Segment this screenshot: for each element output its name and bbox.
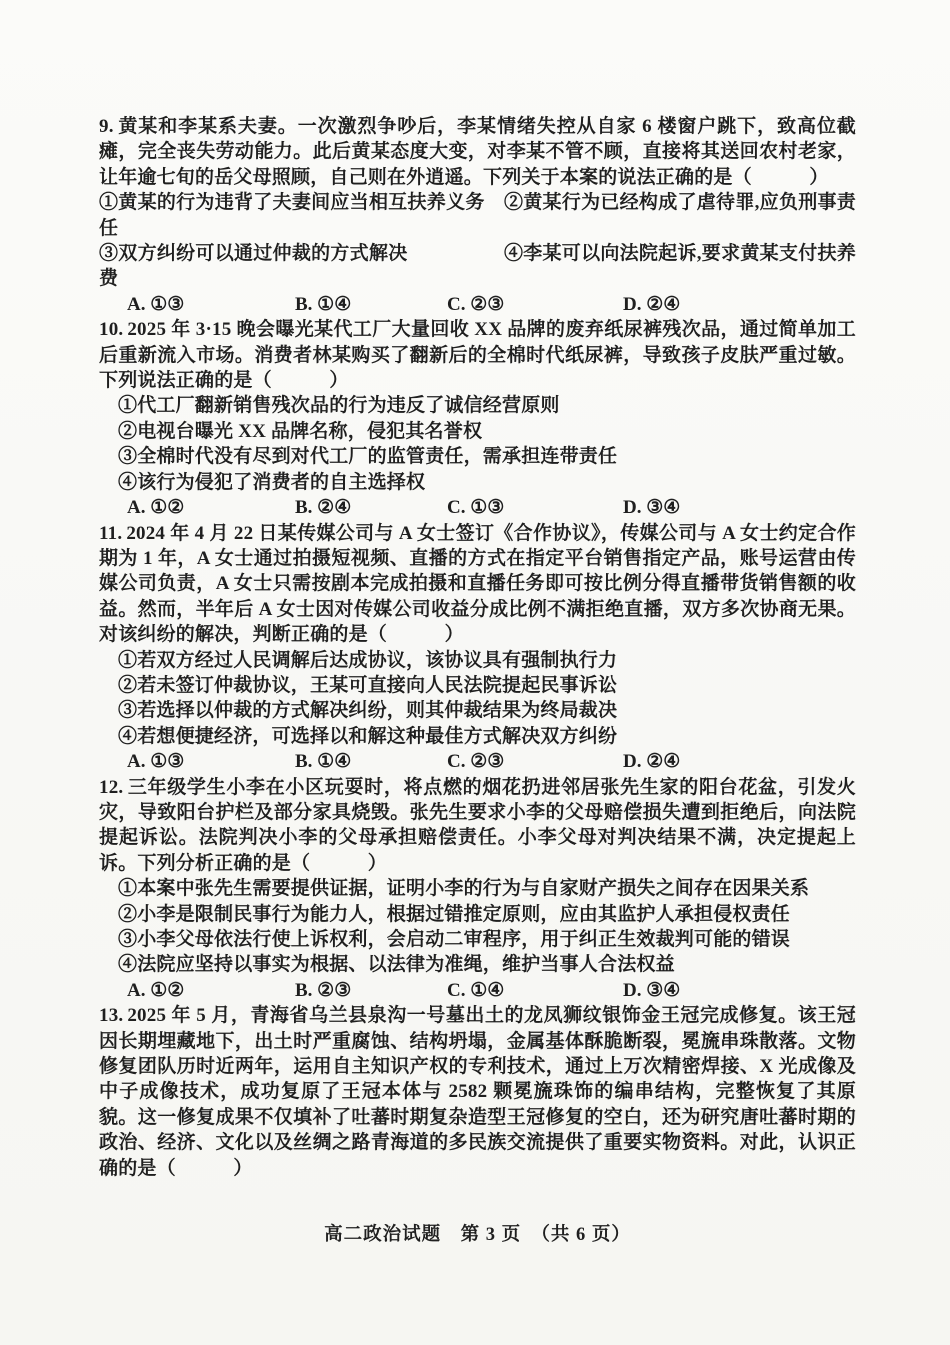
question-9-text: 黄某和李某系夫妻。一次激烈争吵后，李某情绪失控从自家 6 楼窗户跳下，致高位截瘫… bbox=[99, 116, 856, 188]
question-9-choices-row: A. ①③ B. ①④ C. ②③ D. ②④ bbox=[99, 292, 856, 317]
question-13-stem: 13.2025 年 5 月，青海省乌兰县泉沟一号墓出土的龙凤狮纹银饰金王冠完成修… bbox=[99, 1003, 856, 1181]
question-12-choice-a: A. ①② bbox=[127, 978, 295, 1003]
question-13: 13.2025 年 5 月，青海省乌兰县泉沟一号墓出土的龙凤狮纹银饰金王冠完成修… bbox=[99, 1003, 856, 1181]
question-12-number: 12. bbox=[99, 777, 123, 798]
question-9-choice-a: A. ①③ bbox=[127, 292, 295, 317]
page-footer: 高二政治试题 第 3 页 （共 6 页） bbox=[99, 1220, 856, 1246]
question-9-stem: 9.黄某和李某系夫妻。一次激烈争吵后，李某情绪失控从自家 6 楼窗户跳下，致高位… bbox=[99, 114, 856, 190]
question-10-choice-d: D. ③④ bbox=[623, 495, 856, 520]
question-11-number: 11. bbox=[99, 523, 122, 544]
question-11-option-line-2: ②若未签订仲裁协议，王某可直接向人民法院提起民事诉讼 bbox=[99, 673, 856, 698]
question-10-number: 10. bbox=[99, 319, 123, 340]
question-13-number: 13. bbox=[99, 1005, 123, 1026]
question-12-option-line-1: ①本案中张先生需要提供证据，证明小李的行为与自家财产损失之间存在因果关系 bbox=[99, 876, 856, 901]
question-11-option-line-4: ④若想便捷经济，可选择以和解这种最佳方式解决双方纠纷 bbox=[99, 724, 856, 749]
question-11-choice-b: B. ①④ bbox=[295, 749, 447, 774]
question-10-option-line-4: ④该行为侵犯了消费者的自主选择权 bbox=[99, 470, 856, 495]
question-12-option-line-4: ④法院应坚持以事实为根据、以法律为准绳，维护当事人合法权益 bbox=[99, 952, 856, 977]
question-10-option-line-3: ③全棉时代没有尽到对代工厂的监管责任，需承担连带责任 bbox=[99, 444, 856, 469]
question-10: 10.2025 年 3·15 晚会曝光某代工厂大量回收 XX 品牌的废弃纸尿裤残… bbox=[99, 317, 856, 520]
question-11-choice-d: D. ②④ bbox=[623, 749, 856, 774]
question-12-choice-c: C. ①④ bbox=[447, 978, 623, 1003]
question-12-choice-b: B. ②③ bbox=[295, 978, 447, 1003]
question-12-option-line-2: ②小李是限制民事行为能力人，根据过错推定原则，应由其监护人承担侵权责任 bbox=[99, 902, 856, 927]
question-11-text: 2024 年 4 月 22 日某传媒公司与 A 女士签订《合作协议》，传媒公司与… bbox=[99, 523, 856, 646]
exam-paper-page: 9.黄某和李某系夫妻。一次激烈争吵后，李某情绪失控从自家 6 楼窗户跳下，致高位… bbox=[0, 0, 950, 1345]
question-10-option-line-2: ②电视台曝光 XX 品牌名称，侵犯其名誉权 bbox=[99, 419, 856, 444]
question-10-stem: 10.2025 年 3·15 晚会曝光某代工厂大量回收 XX 品牌的废弃纸尿裤残… bbox=[99, 317, 856, 393]
question-12-text: 三年级学生小李在小区玩耍时，将点燃的烟花扔进邻居张先生家的阳台花盆，引发火灾，导… bbox=[99, 777, 856, 874]
question-11-choice-c: C. ②③ bbox=[447, 749, 623, 774]
question-11-stem: 11.2024 年 4 月 22 日某传媒公司与 A 女士签订《合作协议》，传媒… bbox=[99, 521, 856, 648]
question-10-text: 2025 年 3·15 晚会曝光某代工厂大量回收 XX 品牌的废弃纸尿裤残次品，… bbox=[99, 319, 856, 391]
exam-content: 9.黄某和李某系夫妻。一次激烈争吵后，李某情绪失控从自家 6 楼窗户跳下，致高位… bbox=[99, 114, 856, 1246]
question-9-number: 9. bbox=[99, 116, 114, 137]
question-9-option-line-1: ①黄某的行为违背了夫妻间应当相互扶养义务 ②黄某行为已经构成了虐待罪,应负刑事责… bbox=[99, 190, 856, 241]
question-12: 12.三年级学生小李在小区玩耍时，将点燃的烟花扔进邻居张先生家的阳台花盆，引发火… bbox=[99, 775, 856, 1004]
question-11-option-line-1: ①若双方经过人民调解后达成协议，该协议具有强制执行力 bbox=[99, 648, 856, 673]
question-12-choice-d: D. ③④ bbox=[623, 978, 856, 1003]
question-10-choices-row: A. ①② B. ②④ C. ①③ D. ③④ bbox=[99, 495, 856, 520]
question-11-choice-a: A. ①③ bbox=[127, 749, 295, 774]
question-11-choices-row: A. ①③ B. ①④ C. ②③ D. ②④ bbox=[99, 749, 856, 774]
question-10-choice-b: B. ②④ bbox=[295, 495, 447, 520]
question-11: 11.2024 年 4 月 22 日某传媒公司与 A 女士签订《合作协议》，传媒… bbox=[99, 521, 856, 775]
question-9: 9.黄某和李某系夫妻。一次激烈争吵后，李某情绪失控从自家 6 楼窗户跳下，致高位… bbox=[99, 114, 856, 317]
question-13-text: 2025 年 5 月，青海省乌兰县泉沟一号墓出土的龙凤狮纹银饰金王冠完成修复。该… bbox=[99, 1005, 856, 1178]
question-9-choice-c: C. ②③ bbox=[447, 292, 623, 317]
question-10-option-line-1: ①代工厂翻新销售残次品的行为违反了诚信经营原则 bbox=[99, 393, 856, 418]
question-9-option-line-2: ③双方纠纷可以通过仲裁的方式解决 ④李某可以向法院起诉,要求黄某支付扶养费 bbox=[99, 241, 856, 292]
question-12-stem: 12.三年级学生小李在小区玩耍时，将点燃的烟花扔进邻居张先生家的阳台花盆，引发火… bbox=[99, 775, 856, 877]
question-10-choice-a: A. ①② bbox=[127, 495, 295, 520]
question-9-choice-d: D. ②④ bbox=[623, 292, 856, 317]
question-12-option-line-3: ③小李父母依法行使上诉权利，会启动二审程序，用于纠正生效裁判可能的错误 bbox=[99, 927, 856, 952]
question-9-choice-b: B. ①④ bbox=[295, 292, 447, 317]
question-12-choices-row: A. ①② B. ②③ C. ①④ D. ③④ bbox=[99, 978, 856, 1003]
question-11-option-line-3: ③若选择以仲裁的方式解决纠纷，则其仲裁结果为终局裁决 bbox=[99, 698, 856, 723]
question-10-choice-c: C. ①③ bbox=[447, 495, 623, 520]
